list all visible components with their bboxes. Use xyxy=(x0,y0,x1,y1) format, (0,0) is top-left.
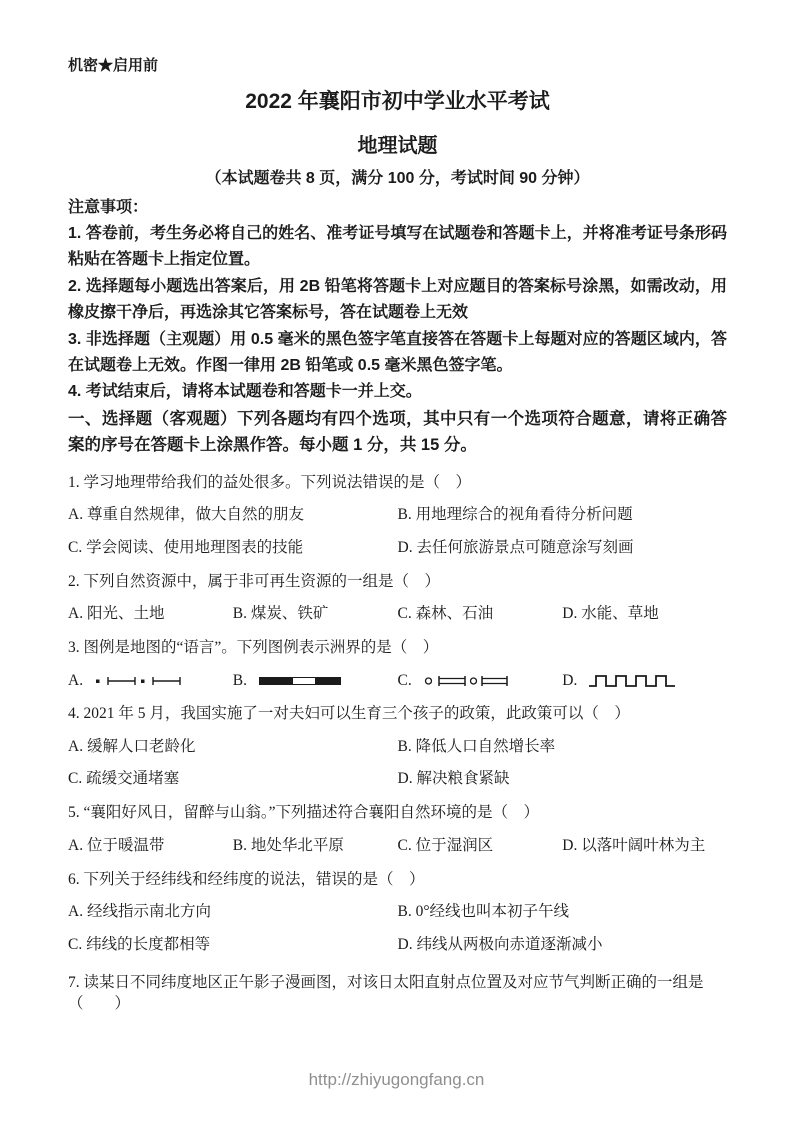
question-6: 6. 下列关于经纬线和经纬度的说法，错误的是（ ） A. 经线指示南北方向 B.… xyxy=(68,869,727,955)
question-1-options-row-1: A. 尊重自然规律，做大自然的朋友 B. 用地理综合的视角看待分析问题 xyxy=(68,504,727,525)
question-2-option-d: D. 水能、草地 xyxy=(562,603,727,624)
question-3: 3. 图例是地图的“语言”。下列图例表示洲界的是（ ） A. B. xyxy=(68,637,727,690)
question-2-options-row: A. 阳光、土地 B. 煤炭、铁矿 C. 森林、石油 D. 水能、草地 xyxy=(68,603,727,624)
question-1-option-b: B. 用地理综合的视角看待分析问题 xyxy=(398,504,728,525)
question-5-option-a: A. 位于暖温带 xyxy=(68,835,233,856)
question-6-options-row-2: C. 纬线的长度都相等 D. 纬线从两极向赤道逐渐减小 xyxy=(68,934,727,955)
question-1-option-a: A. 尊重自然规律，做大自然的朋友 xyxy=(68,504,398,525)
question-1-options-row-2: C. 学会阅读、使用地理图表的技能 D. 去任何旅游景点可随意涂写刻画 xyxy=(68,537,727,558)
notice-item-1: 1. 答卷前，考生务必将自己的姓名、准考证号填写在试题卷和答题卡上，并将准考证号… xyxy=(68,221,727,274)
question-5-options-row: A. 位于暖温带 B. 地处华北平原 C. 位于湿润区 D. 以落叶阔叶林为主 xyxy=(68,835,727,856)
question-1-text: 1. 学习地理带给我们的益处很多。下列说法错误的是（ ） xyxy=(68,472,727,493)
question-1-option-c: C. 学会阅读、使用地理图表的技能 xyxy=(68,537,398,558)
question-6-option-a: A. 经线指示南北方向 xyxy=(68,901,398,922)
question-4-option-b: B. 降低人口自然增长率 xyxy=(398,736,728,757)
question-1: 1. 学习地理带给我们的益处很多。下列说法错误的是（ ） A. 尊重自然规律，做… xyxy=(68,472,727,558)
exam-title: 2022 年襄阳市初中学业水平考试 xyxy=(68,88,727,116)
question-3-options-row: A. B. xyxy=(68,672,727,690)
question-7: 7. 读某日不同纬度地区正午影子漫画图，对该日太阳直射点位置及对应节气判断正确的… xyxy=(68,972,727,1014)
question-3-option-c: C. xyxy=(398,672,563,690)
question-4-text: 4. 2021 年 5 月，我国实施了一对夫妇可以生育三个孩子的政策，此政策可以… xyxy=(68,703,727,724)
notice-item-4: 4. 考试结束后，请将本试题卷和答题卡一并上交。 xyxy=(68,379,727,405)
question-5-option-b: B. 地处华北平原 xyxy=(233,835,398,856)
question-2: 2. 下列自然资源中，属于非可再生资源的一组是（ ） A. 阳光、土地 B. 煤… xyxy=(68,571,727,625)
subject-title: 地理试题 xyxy=(68,133,727,159)
question-3-option-c-letter: C. xyxy=(398,672,412,690)
question-6-text: 6. 下列关于经纬线和经纬度的说法，错误的是（ ） xyxy=(68,869,727,890)
question-6-option-c: C. 纬线的长度都相等 xyxy=(68,934,398,955)
railway-thick-bar-line-icon xyxy=(259,676,341,686)
question-7-text: 7. 读某日不同纬度地区正午影子漫画图，对该日太阳直射点位置及对应节气判断正确的… xyxy=(68,972,727,1014)
question-4-options-row-2: C. 疏缓交通堵塞 D. 解决粮食紧缺 xyxy=(68,768,727,789)
square-wave-line-icon xyxy=(589,673,675,689)
classification-label: 机密★启用前 xyxy=(68,56,727,76)
question-6-option-d: D. 纬线从两极向赤道逐渐减小 xyxy=(398,934,728,955)
question-4-option-d: D. 解决粮食紧缺 xyxy=(398,768,728,789)
question-2-option-b: B. 煤炭、铁矿 xyxy=(233,603,398,624)
question-3-option-a: A. xyxy=(68,672,233,690)
notice-item-3: 3. 非选择题（主观题）用 0.5 毫米的黑色签字笔直接答在答题卡上每题对应的答… xyxy=(68,327,727,380)
question-2-option-c: C. 森林、石油 xyxy=(398,603,563,624)
question-3-option-d-letter: D. xyxy=(562,672,577,690)
question-2-option-a: A. 阳光、土地 xyxy=(68,603,233,624)
question-3-option-b-letter: B. xyxy=(233,672,247,690)
question-5-text: 5. “襄阳好风日，留醉与山翁。”下列描述符合襄阳自然环境的是（ ） xyxy=(68,802,727,823)
question-5-option-d: D. 以落叶阔叶林为主 xyxy=(562,835,727,856)
question-5: 5. “襄阳好风日，留醉与山翁。”下列描述符合襄阳自然环境的是（ ） A. 位于… xyxy=(68,802,727,856)
notice-heading: 注意事项： xyxy=(68,195,727,221)
question-4-options-row-1: A. 缓解人口老龄化 B. 降低人口自然增长率 xyxy=(68,736,727,757)
question-5-option-c: C. 位于湿润区 xyxy=(398,835,563,856)
exam-paper-page: 机密★启用前 2022 年襄阳市初中学业水平考试 地理试题 （本试题卷共 8 页… xyxy=(0,0,793,1122)
question-3-option-d: D. xyxy=(562,672,727,690)
question-6-option-b: B. 0°经线也叫本初子午线 xyxy=(398,901,728,922)
notice-item-2: 2. 选择题每小题选出答案后，用 2B 铅笔将答题卡上对应题目的答案标号涂黑，如… xyxy=(68,274,727,327)
question-3-option-a-letter: A. xyxy=(68,672,83,690)
footer-watermark-url: http://zhiyugongfang.cn xyxy=(0,1070,793,1090)
section-heading: 一、选择题（客观题）下列各题均有四个选项，其中只有一个选项符合题意，请将正确答案… xyxy=(68,406,727,459)
question-2-text: 2. 下列自然资源中，属于非可再生资源的一组是（ ） xyxy=(68,571,727,592)
question-3-option-b: B. xyxy=(233,672,398,690)
dot-dash-boundary-line-icon xyxy=(95,674,181,688)
circle-double-rail-line-icon xyxy=(424,674,508,688)
exam-info-line: （本试题卷共 8 页，满分 100 分，考试时间 90 分钟） xyxy=(68,168,727,190)
question-4-option-c: C. 疏缓交通堵塞 xyxy=(68,768,398,789)
question-3-text: 3. 图例是地图的“语言”。下列图例表示洲界的是（ ） xyxy=(68,637,727,658)
question-4-option-a: A. 缓解人口老龄化 xyxy=(68,736,398,757)
question-4: 4. 2021 年 5 月，我国实施了一对夫妇可以生育三个孩子的政策，此政策可以… xyxy=(68,703,727,789)
question-1-option-d: D. 去任何旅游景点可随意涂写刻画 xyxy=(398,537,728,558)
question-6-options-row-1: A. 经线指示南北方向 B. 0°经线也叫本初子午线 xyxy=(68,901,727,922)
